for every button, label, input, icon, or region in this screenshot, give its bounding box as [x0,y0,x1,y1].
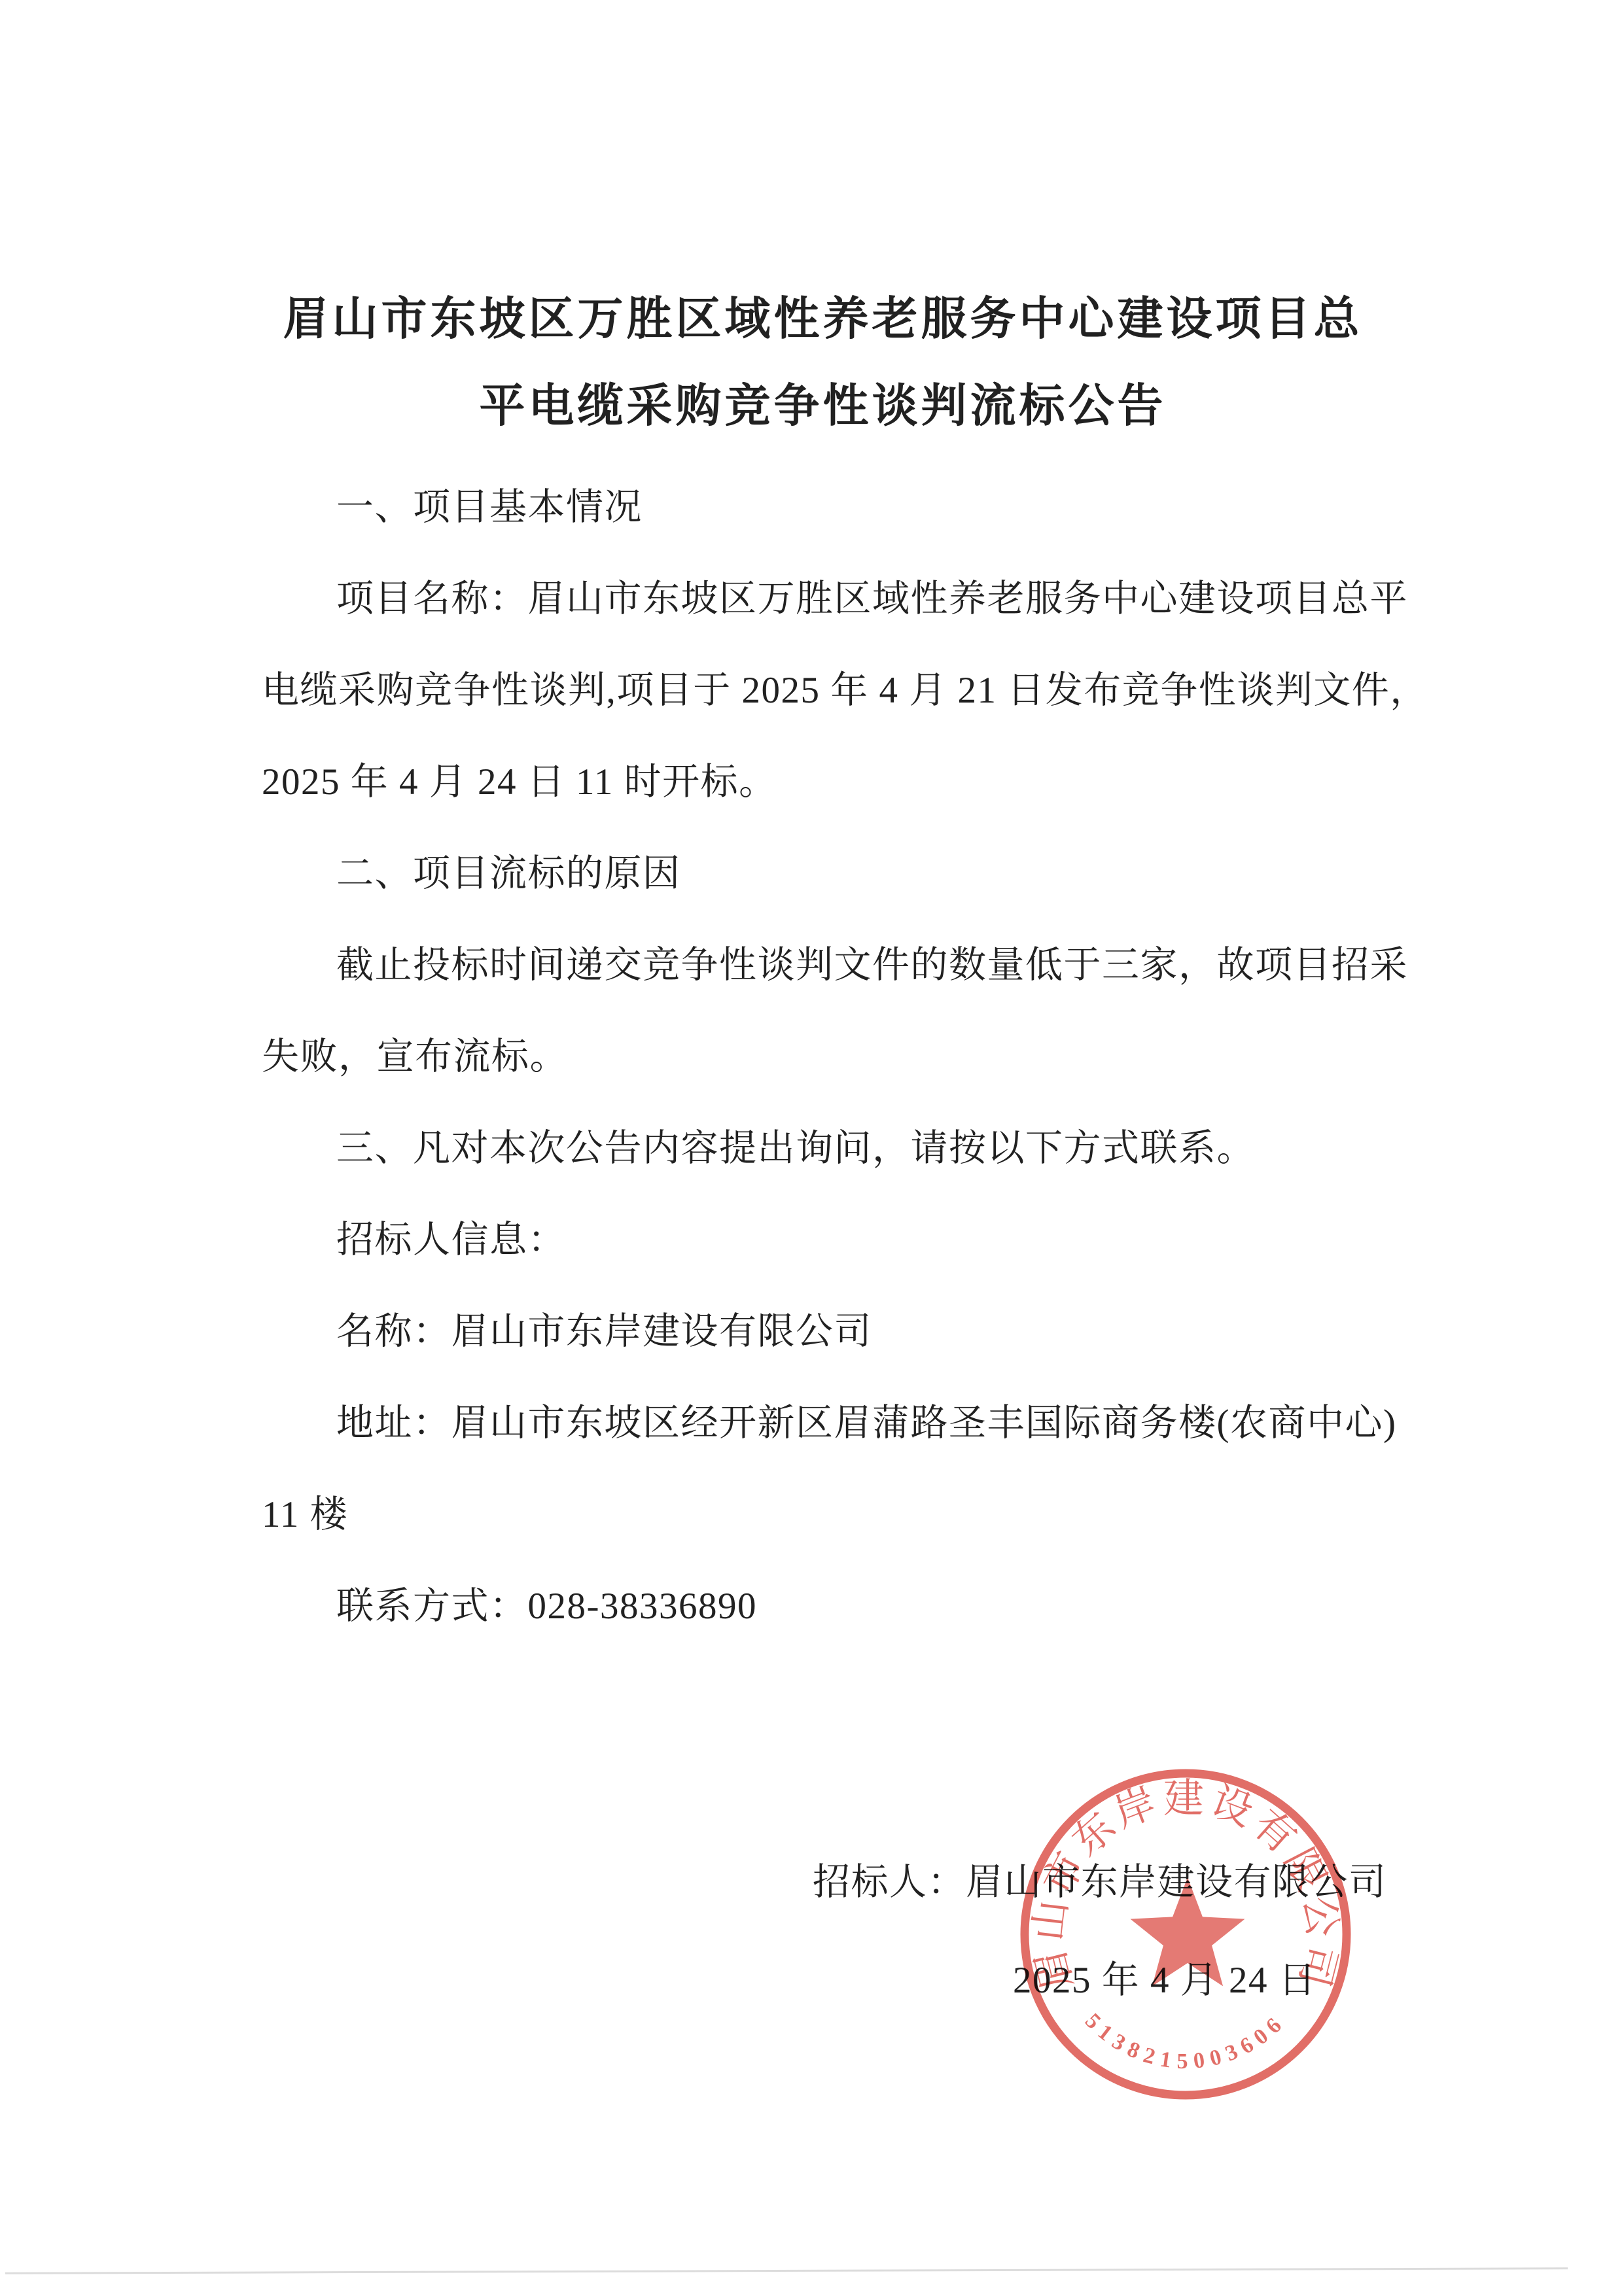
tenderer-address-line-1: 地址：眉山市东坡区经开新区眉蒲路圣丰国际商务楼(农商中心) [262,1378,1384,1469]
tenderer-name: 名称：眉山市东岸建设有限公司 [262,1286,1384,1378]
seal-star-icon [1131,1877,1245,1986]
tenderer-contact-phone: 联系方式：028-38336890 [262,1561,1384,1652]
company-seal: 眉山市东岸建设有限公司 5138215003606 [1009,1758,1362,2111]
scanned-document-page: 眉山市东坡区万胜区域性养老服务中心建设项目总 平电缆采购竞争性谈判流标公告 一、… [0,0,1624,2296]
section-2-heading: 二、项目流标的原因 [262,828,1384,920]
document-title-line-2: 平电缆采购竞争性谈判流标公告 [262,363,1384,450]
document-body: 一、项目基本情况 项目名称：眉山市东坡区万胜区域性养老服务中心建设项目总平 电缆… [262,462,1384,1652]
failure-reason-line-1: 截止投标时间递交竞争性谈判文件的数量低于三家，故项目招采 [262,920,1384,1011]
section-1-heading: 一、项目基本情况 [262,462,1384,553]
document-title-line-1: 眉山市东坡区万胜区域性养老服务中心建设项目总 [262,276,1384,363]
scan-artifact-line [5,2267,1568,2274]
section-3-heading: 三、凡对本次公告内容提出询问，请按以下方式联系。 [262,1103,1384,1194]
tenderer-address-line-2: 11 楼 [262,1469,1384,1561]
project-name-line-2: 电缆采购竞争性谈判,项目于 2025 年 4 月 21 日发布竞争性谈判文件， [262,645,1384,737]
tenderer-info-heading: 招标人信息： [262,1194,1384,1286]
failure-reason-line-2: 失败，宣布流标。 [262,1011,1384,1103]
project-name-line-3: 2025 年 4 月 24 日 11 时开标。 [262,737,1384,828]
seal-registration-number: 5138215003606 [1080,2009,1291,2074]
project-name-line-1: 项目名称：眉山市东坡区万胜区域性养老服务中心建设项目总平 [262,553,1384,645]
document-title: 眉山市东坡区万胜区域性养老服务中心建设项目总 平电缆采购竞争性谈判流标公告 [262,276,1384,450]
document-content: 眉山市东坡区万胜区域性养老服务中心建设项目总 平电缆采购竞争性谈判流标公告 一、… [262,276,1384,1652]
